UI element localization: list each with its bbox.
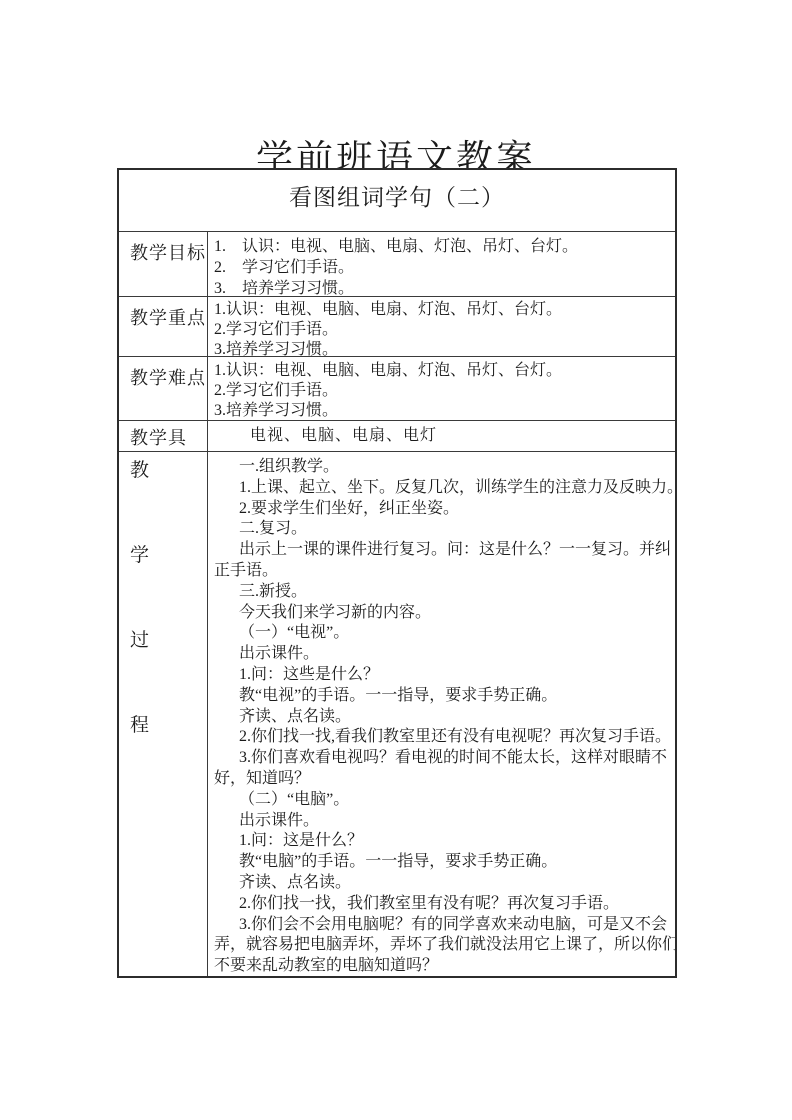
process-line: 一.组织教学。 (214, 457, 673, 478)
process-line: 1.问：这些是什么？ (214, 665, 673, 686)
table-row-teaching-process: 教 学 过 程 一.组织教学。1.上课、起立、坐下。反复几次，训练学生的注意力及… (119, 452, 675, 976)
process-label-char-4: 程 (130, 714, 154, 738)
goal-item: 2. 学习它们手语。 (214, 257, 673, 278)
process-line: （二）“电脑”。 (214, 790, 673, 811)
key-points-content: 1.认识：电视、电脑、电扇、灯泡、吊灯、台灯。2.学习它们手语。3.培养学习习惯… (207, 297, 675, 356)
difficulty-item: 3.培养学习习惯。 (214, 401, 673, 420)
goal-item: 3. 培养学习习惯。 (214, 278, 673, 296)
process-line: 好，知道吗？ (214, 769, 673, 790)
teaching-aids-value: 电视、电脑、电扇、电灯 (214, 421, 673, 450)
difficulties-content: 1.认识：电视、电脑、电扇、灯泡、吊灯、台灯。2.学习它们手语。3.培养学习习惯… (207, 357, 675, 420)
table-row-teaching-aids: 教学具 电视、电脑、电扇、电灯 (119, 421, 675, 452)
process-line: 出示课件。 (214, 644, 673, 665)
row-label-teaching-process: 教 学 过 程 (119, 452, 207, 976)
key-point-item: 2.学习它们手语。 (214, 320, 673, 340)
process-line: 教“电脑”的手语。一一指导，要求手势正确。 (214, 852, 673, 873)
row-label-difficulties: 教学难点 (119, 357, 207, 420)
process-line: 齐读、点名读。 (214, 707, 673, 728)
process-line: 三.新授。 (214, 582, 673, 603)
process-line: 出示上一课的课件进行复习。问：这是什么？一一复习。并纠 (214, 540, 673, 561)
process-line: 齐读、点名读。 (214, 873, 673, 894)
teaching-aids-content: 电视、电脑、电扇、电灯 (207, 421, 675, 451)
process-line: 正手语。 (214, 561, 673, 582)
lesson-title: 看图组词学句（二） (119, 170, 675, 212)
key-point-item: 1.认识：电视、电脑、电扇、灯泡、吊灯、台灯。 (214, 300, 673, 320)
process-line: （一）“电视”。 (214, 623, 673, 644)
table-row-teaching-goals: 教学目标 1. 认识：电视、电脑、电扇、灯泡、吊灯、台灯。2. 学习它们手语。3… (119, 232, 675, 297)
process-label-char-1: 教 (130, 459, 154, 483)
process-label-char-2: 学 (130, 544, 154, 568)
process-line: 2.你们找一找，我们教室里有没有呢？再次复习手语。 (214, 894, 673, 915)
process-line: 今天我们来学习新的内容。 (214, 603, 673, 624)
difficulty-item: 2.学习它们手语。 (214, 381, 673, 401)
row-label-teaching-aids: 教学具 (119, 421, 207, 451)
process-line: 3.你们会不会用电脑呢？有的同学喜欢来动电脑，可是又不会 (214, 915, 673, 936)
difficulty-item: 1.认识：电视、电脑、电扇、灯泡、吊灯、台灯。 (214, 361, 673, 381)
process-line: 出示课件。 (214, 811, 673, 832)
lesson-plan-table: 看图组词学句（二） 教学目标 1. 认识：电视、电脑、电扇、灯泡、吊灯、台灯。2… (117, 168, 677, 978)
process-label-char-3: 过 (130, 629, 154, 653)
table-row-teaching-difficulties: 教学难点 1.认识：电视、电脑、电扇、灯泡、吊灯、台灯。2.学习它们手语。3.培… (119, 357, 675, 421)
process-line: 不要来乱动教室的电脑知道吗？ (214, 956, 673, 976)
process-line: 2.你们找一找,看我们教室里还有没有电视呢？再次复习手语。 (214, 727, 673, 748)
row-label-key-points: 教学重点 (119, 297, 207, 356)
process-line: 教“电视”的手语。一一指导，要求手势正确。 (214, 686, 673, 707)
process-line: 二.复习。 (214, 519, 673, 540)
table-row-teaching-key-points: 教学重点 1.认识：电视、电脑、电扇、灯泡、吊灯、台灯。2.学习它们手语。3.培… (119, 297, 675, 357)
row-label-teaching-goals: 教学目标 (119, 232, 207, 296)
table-header-row: 看图组词学句（二） (119, 170, 675, 232)
document-page: 学前班语文教案 看图组词学句（二） 教学目标 1. 认识：电视、电脑、电扇、灯泡… (0, 0, 792, 1120)
process-line: 1.问：这是什么？ (214, 831, 673, 852)
process-line: 2.要求学生们坐好，纠正坐姿。 (214, 499, 673, 520)
process-line: 1.上课、起立、坐下。反复几次，训练学生的注意力及反映力。 (214, 478, 673, 499)
process-line: 3.你们喜欢看电视吗？看电视的时间不能太长，这样对眼睛不 (214, 748, 673, 769)
key-point-item: 3.培养学习习惯。 (214, 340, 673, 356)
teaching-goals-content: 1. 认识：电视、电脑、电扇、灯泡、吊灯、台灯。2. 学习它们手语。3. 培养学… (207, 232, 675, 296)
goal-item: 1. 认识：电视、电脑、电扇、灯泡、吊灯、台灯。 (214, 236, 673, 257)
teaching-process-content: 一.组织教学。1.上课、起立、坐下。反复几次，训练学生的注意力及反映力。2.要求… (207, 452, 675, 976)
process-line: 弄，就容易把电脑弄坏，弄坏了我们就没法用它上课了，所以你们 (214, 935, 673, 956)
